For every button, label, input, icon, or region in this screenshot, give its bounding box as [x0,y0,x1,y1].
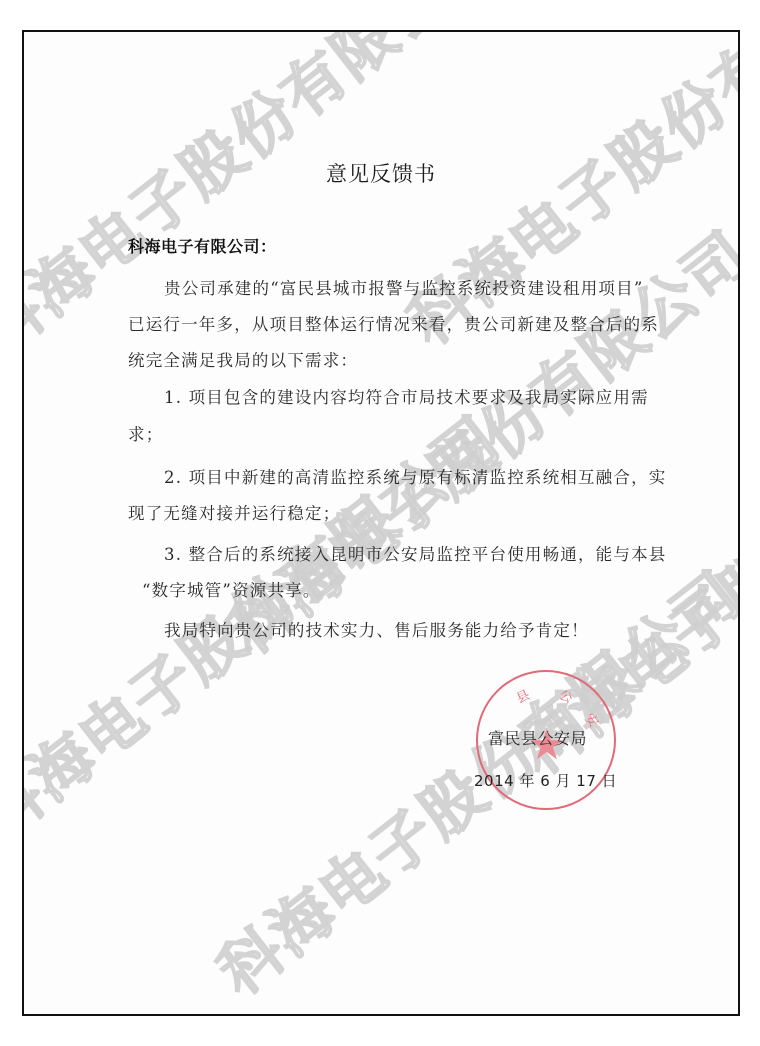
seal-arc-char: 县 [513,684,533,707]
requirement-item-3-cont: “数字城管”资源共享。 [142,577,321,601]
requirement-item-2: 2. 项目中新建的高清监控系统与原有标清监控系统相互融合，实 [164,464,667,488]
requirement-item-2-cont: 现了无缝对接并运行稳定； [128,500,340,524]
requirement-item-1-cont: 求； [128,421,163,445]
requirement-item-3: 3. 整合后的系统接入昆明市公安局监控平台使用畅通，能与本县 [164,541,667,565]
closing-statement: 我局特向贵公司的技术实力、售后服务能力给予肯定！ [164,617,589,641]
document-title: 意见反馈书 [24,158,738,188]
paragraph-line: 统完全满足我局的以下需求： [128,347,358,371]
signature-date: 2014 年 6 月 17 日 [474,770,617,791]
paragraph-line: 贵公司承建的“富民县城市报警与监控系统投资建设租用项目” [164,275,643,299]
document-page: 科海电子股份有限公司 科海电子股份有限公司 科海电子股份有限公司 科海电子股份有… [22,30,740,1016]
requirement-item-1: 1. 项目包含的建设内容均符合市局技术要求及我局实际应用需 [164,384,649,408]
signature-organization: 富民县公安局 [488,726,587,749]
seal-arc-char: 公 [557,684,577,707]
addressee: 科海电子有限公司： [128,234,277,257]
paragraph-line: 已运行一年多，从项目整体运行情况来看，贵公司新建及整合后的系 [128,311,659,335]
